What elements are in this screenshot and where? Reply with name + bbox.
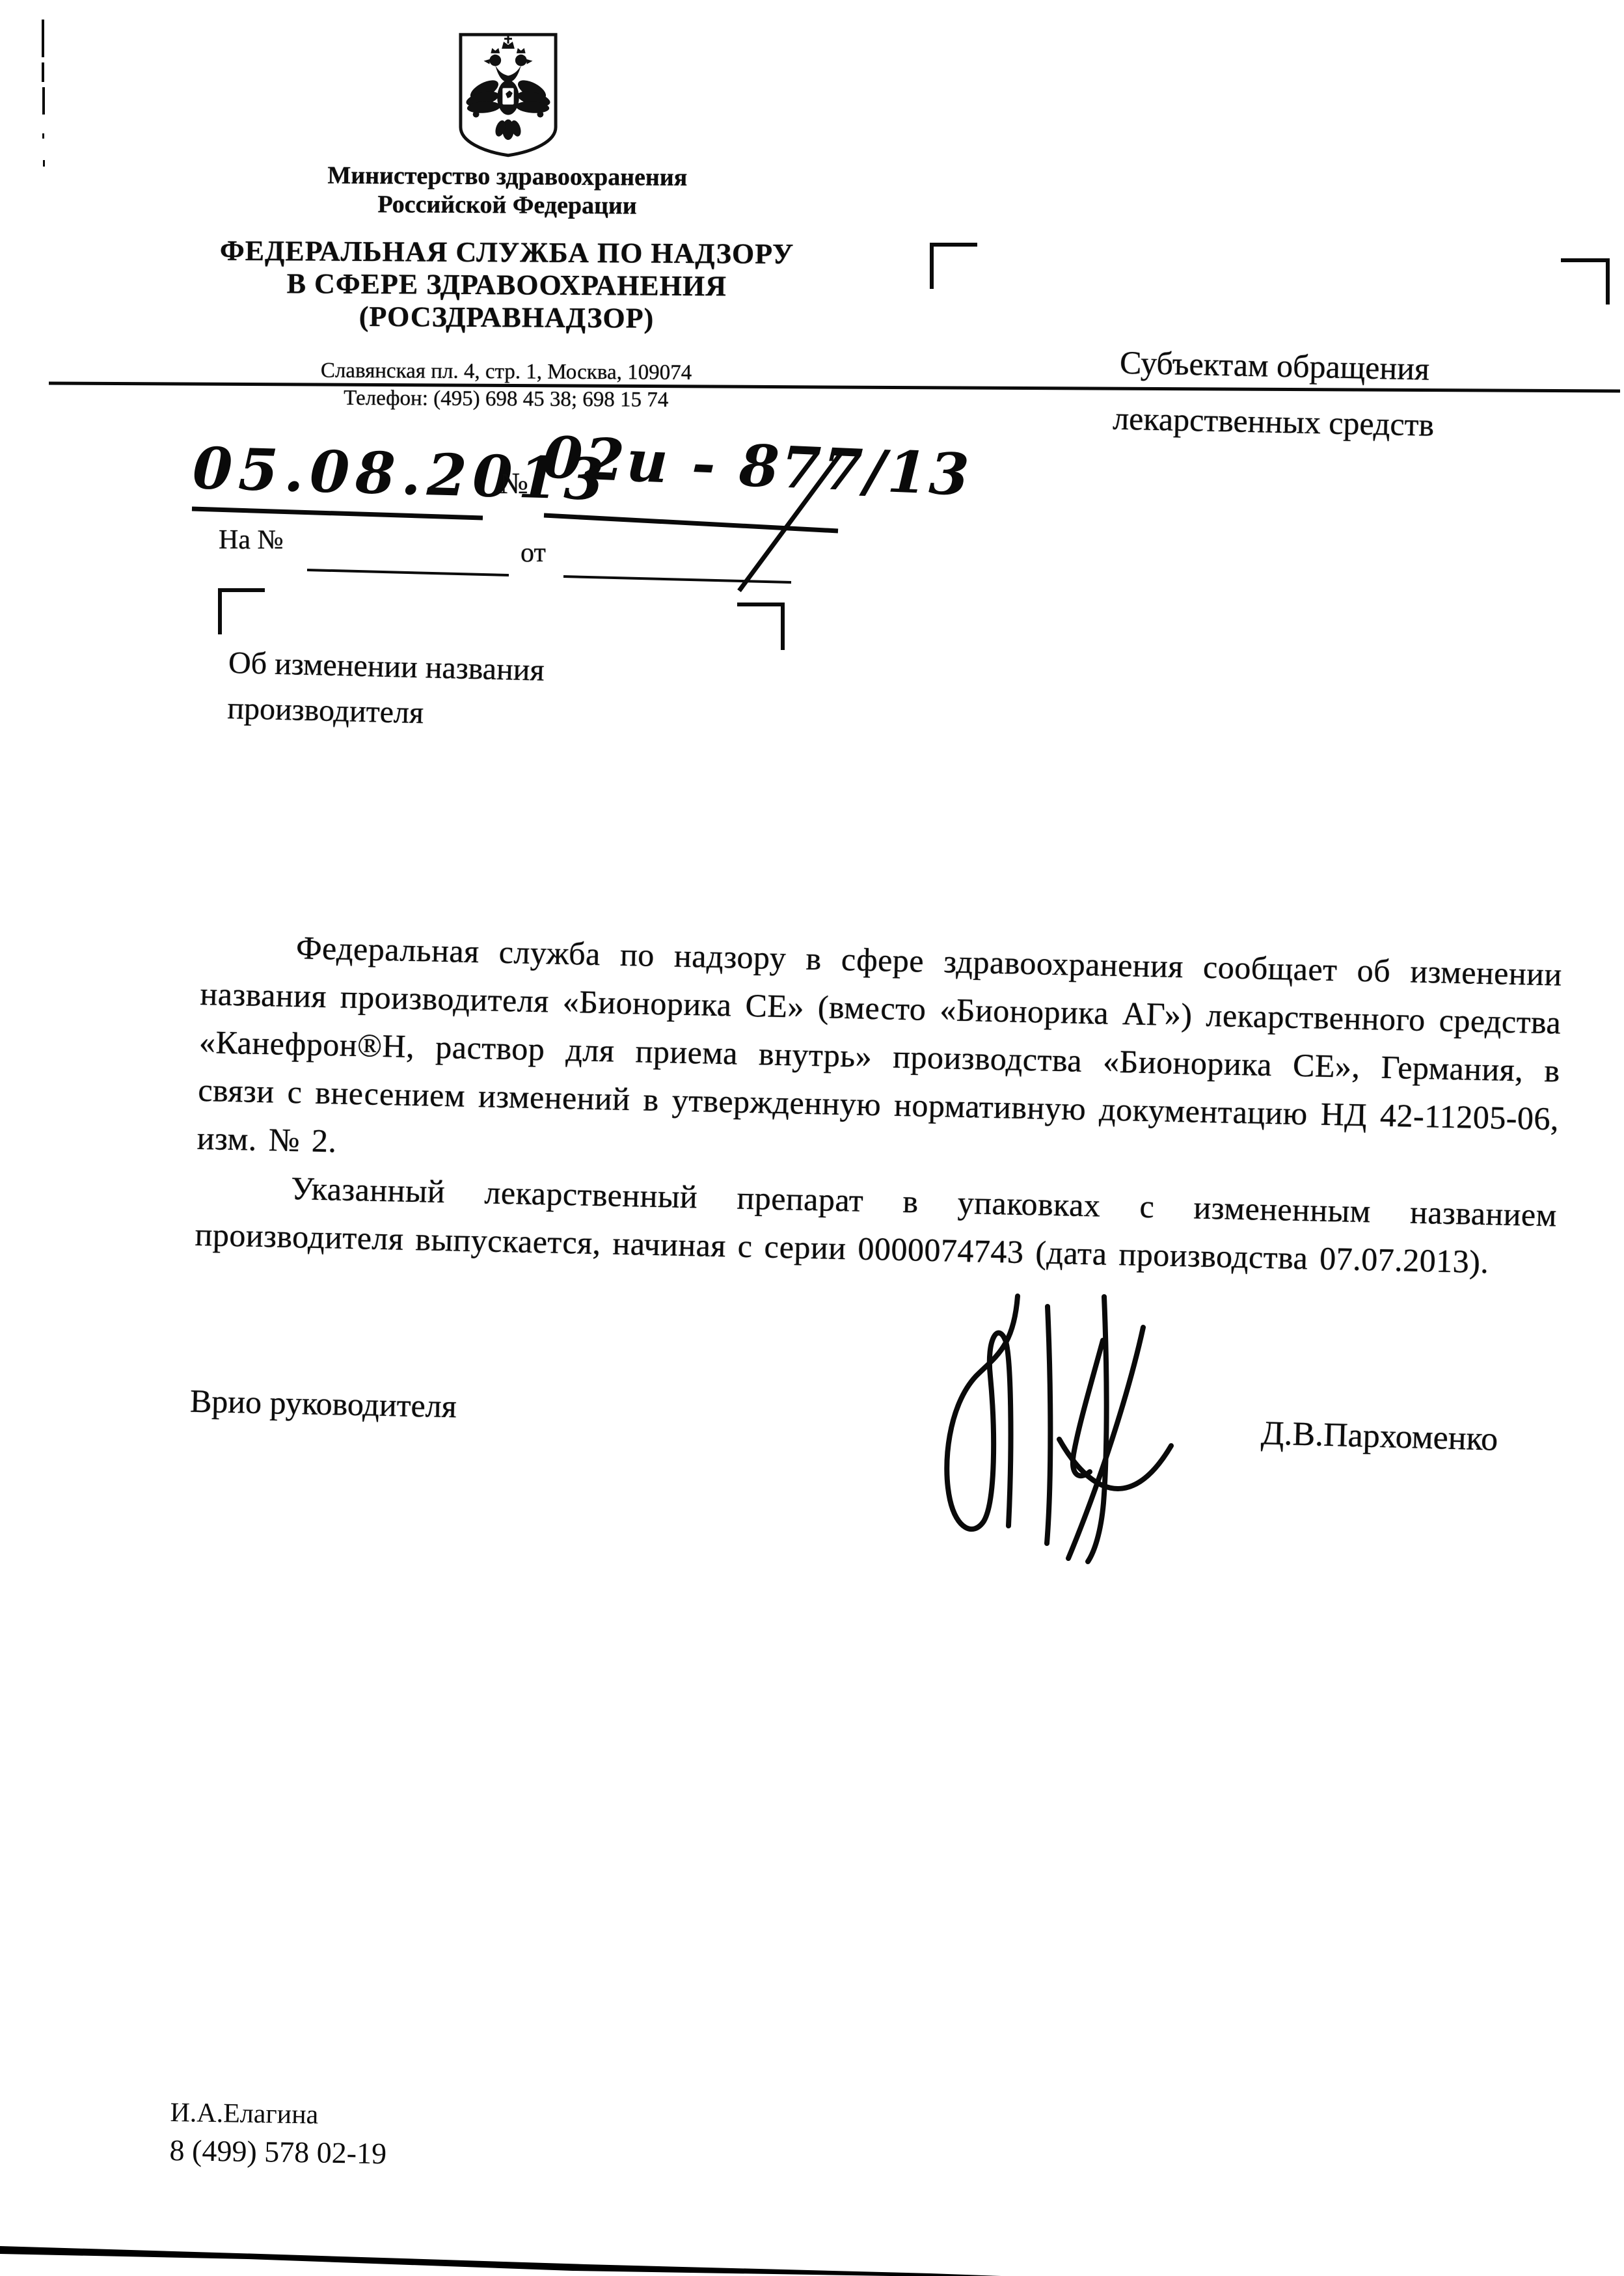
date-underline [192, 509, 483, 518]
service-line1: ФЕДЕРАЛЬНАЯ СЛУЖБА ПО НАДЗОРУ [156, 234, 858, 271]
recipient-line1: Субъектам обращения [1066, 333, 1483, 398]
letterhead-address: Славянская пл. 4, стр. 1, Москва, 109074 [155, 357, 858, 387]
subject-line2: производителя [227, 686, 544, 739]
signature-scribble [947, 1296, 1171, 1562]
letter-body: Федеральная служба по надзору в сфере зд… [195, 921, 1563, 1287]
executor-phone: 8 (499) 578 02-19 [169, 2132, 386, 2173]
service-line3: (РОСЗДРАВНАДЗОР) [155, 299, 858, 336]
subject-corner-brackets [220, 590, 783, 650]
russia-coat-of-arms-icon [457, 31, 560, 159]
subject-block: Об изменении названия производителя [227, 640, 545, 739]
number-underline [544, 515, 838, 531]
ministry-line1: Министерство здравоохранения [156, 160, 859, 193]
letterhead-phone: Телефон: (495) 698 45 38; 698 15 74 [155, 383, 858, 416]
scan-artifact-dashes [42, 20, 45, 167]
executor-name: И.А.Елагина [170, 2094, 387, 2135]
executor-block: И.А.Елагина 8 (499) 578 02-19 [169, 2094, 387, 2173]
signer-title: Врио руководителя [189, 1382, 457, 1426]
ministry-line2: Российской Федерации [156, 189, 858, 222]
letterhead: Министерство здравоохранения Российской … [155, 160, 859, 416]
reply-to-label: На № [219, 524, 284, 556]
scan-artifact-bottom-edge [0, 2246, 1019, 2276]
reply-from-label: от [521, 537, 546, 569]
number-sign: № [500, 466, 528, 500]
body-paragraph-1: Федеральная служба по надзору в сфере зд… [196, 921, 1562, 1191]
double-headed-eagle [465, 36, 552, 140]
reply-date-blank-rule [563, 576, 791, 582]
scanned-letter-page: Министерство здравоохранения Российской … [0, 0, 1624, 2276]
recipient-line2: лекарственных средств [1064, 389, 1482, 454]
reply-number-blank-rule [307, 570, 509, 575]
service-line2: В СФЕРЕ ЗДРАВООХРАНЕНИЯ [156, 267, 858, 304]
recipient-corner-brackets [932, 245, 1608, 305]
subject-line1: Об изменении названия [228, 640, 545, 694]
signer-name: Д.В.Пархоменко [1260, 1414, 1498, 1459]
recipient-block: Субъектам обращения лекарственных средст… [1064, 333, 1483, 454]
